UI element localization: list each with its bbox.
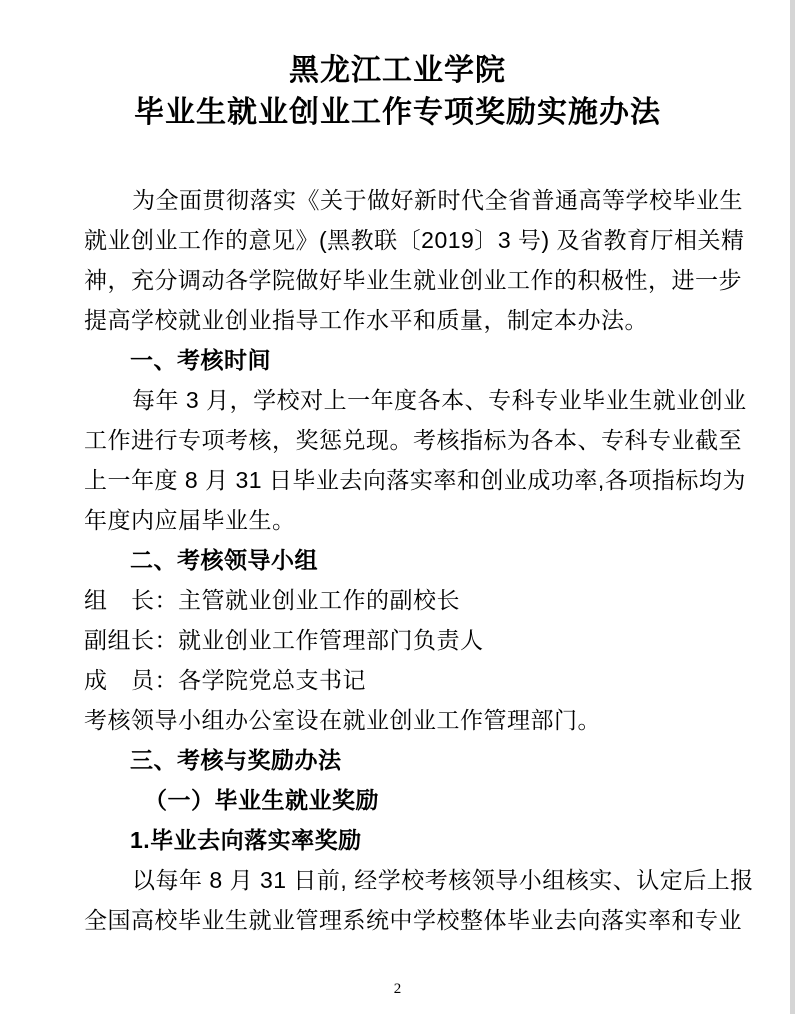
title-line-1: 黑龙江工业学院 [0, 50, 795, 92]
page-number: 2 [394, 981, 402, 997]
document-title: 黑龙江工业学院 毕业生就业创业工作专项奖励实施办法 [0, 0, 795, 134]
body-line: 年度内应届毕业生。 [84, 500, 715, 540]
section-heading-2: 二、考核领导小组 [84, 540, 715, 580]
title-line-2: 毕业生就业创业工作专项奖励实施办法 [0, 92, 795, 134]
body-line: 副组长：就业创业工作管理部门负责人 [84, 620, 715, 660]
body-line: 成 员：各学院党总支书记 [84, 660, 715, 700]
body-line: 提高学校就业创业指导工作水平和质量，制定本办法。 [84, 300, 715, 340]
body-line: 工作进行专项考核，奖惩兑现。考核指标为各本、专科专业截至 [84, 420, 715, 460]
page-edge-strip [790, 0, 795, 1014]
body-line: 每年 3 月，学校对上一年度各本、专科专业毕业生就业创业 [84, 380, 715, 420]
body-line: 组 长：主管就业创业工作的副校长 [84, 580, 715, 620]
body-line: 为全面贯彻落实《关于做好新时代全省普通高等学校毕业生 [84, 180, 715, 220]
subsection-heading: （一）毕业生就业奖励 [84, 780, 715, 820]
document-page: 黑龙江工业学院 毕业生就业创业工作专项奖励实施办法 为全面贯彻落实《关于做好新时… [0, 0, 795, 1014]
page-footer: 2 [0, 980, 795, 998]
body-line: 就业创业工作的意见》(黑教联〔2019〕3 号) 及省教育厅相关精 [84, 220, 715, 260]
subsection-heading: 1.毕业去向落实率奖励 [84, 820, 715, 860]
section-heading-1: 一、考核时间 [84, 340, 715, 380]
body-line: 以每年 8 月 31 日前, 经学校考核领导小组核实、认定后上报 [84, 860, 715, 900]
body-line: 上一年度 8 月 31 日毕业去向落实率和创业成功率,各项指标均为 [84, 460, 715, 500]
body-line: 神，充分调动各学院做好毕业生就业创业工作的积极性，进一步 [84, 260, 715, 300]
body-line: 考核领导小组办公室设在就业创业工作管理部门。 [84, 700, 715, 740]
section-heading-3: 三、考核与奖励办法 [84, 740, 715, 780]
body-line: 全国高校毕业生就业管理系统中学校整体毕业去向落实率和专业 [84, 900, 715, 940]
document-body: 为全面贯彻落实《关于做好新时代全省普通高等学校毕业生 就业创业工作的意见》(黑教… [0, 180, 795, 940]
